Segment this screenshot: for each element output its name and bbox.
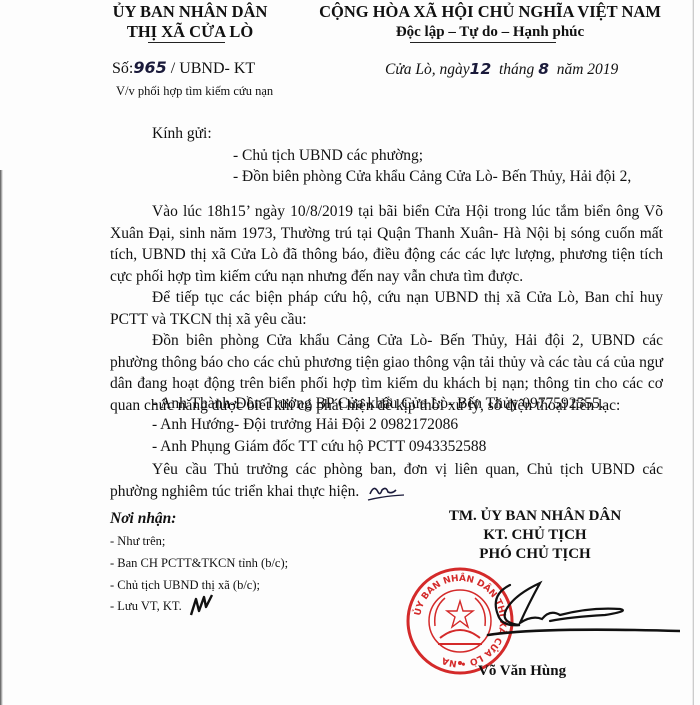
body-paragraph: Vào lúc 18h15’ ngày 10/8/2019 tại bãi bi… xyxy=(110,201,663,287)
national-header: CỘNG HÒA XÃ HỘI CHỦ NGHĨA VIỆT NAM Độc l… xyxy=(300,2,680,42)
date-line: Cửa Lò, ngày12 tháng 8 năm 2019 xyxy=(385,60,618,79)
handwritten-number: 965 xyxy=(133,58,166,77)
national-title: CỘNG HÒA XÃ HỘI CHỦ NGHĨA VIỆT NAM xyxy=(300,2,680,22)
issuer-line1: ỦY BAN NHÂN DÂN xyxy=(95,2,285,22)
recipients-item: - Ban CH PCTT&TKCN tỉnh (b/c); xyxy=(110,556,288,571)
recipients-title: Nơi nhận: xyxy=(110,510,176,528)
contact-item: - Anh Thành-Đồn Trưởng BP Cửa khẩu Cửa L… xyxy=(152,395,604,413)
scan-edge-right xyxy=(692,0,694,705)
handwritten-month: 8 xyxy=(538,60,549,78)
recipient-item: - Chủ tịch UBND các phường; xyxy=(233,145,423,167)
signature-block: TM. ỦY BAN NHÂN DÂN KT. CHỦ TỊCH PHÓ CHỦ… xyxy=(420,507,650,564)
contact-item: - Anh Hướng- Đội trưởng Hải Đội 2 098217… xyxy=(152,416,458,434)
recipients-item: - Chủ tịch UBND thị xã (b/c); xyxy=(110,578,260,593)
recipients-item: - Lưu VT, KT. xyxy=(110,599,182,614)
signature-line3: PHÓ CHỦ TỊCH xyxy=(420,545,650,564)
handwritten-day: 12 xyxy=(470,60,492,78)
recipient-item: - Đồn biên phòng Cửa khẩu Cảng Cửa Lò- B… xyxy=(233,166,631,188)
document-number: Số:965 / UBND- KT xyxy=(112,58,255,78)
issuer-line2: THỊ XÃ CỬA LÒ xyxy=(95,22,285,42)
signature-line2: KT. CHỦ TỊCH xyxy=(420,526,650,545)
issuer-header: ỦY BAN NHÂN DÂN THỊ XÃ CỬA LÒ xyxy=(95,2,285,42)
national-motto: Độc lập – Tự do – Hạnh phúc xyxy=(300,22,680,42)
document-page: ỦY BAN NHÂN DÂN THỊ XÃ CỬA LÒ Số:965 / U… xyxy=(0,0,700,705)
recipients-item: - Như trên; xyxy=(110,534,165,549)
issuer-underline xyxy=(148,42,225,43)
handwritten-initials xyxy=(366,480,406,502)
contact-item: - Anh Phụng Giám đốc TT cứu hộ PCTT 0943… xyxy=(152,438,486,456)
scan-edge-left xyxy=(0,170,3,705)
body-paragraph: Để tiếp tục các biện pháp cứu hộ, cứu nạ… xyxy=(110,287,663,330)
document-subject: V/v phối hợp tìm kiếm cứu nạn xyxy=(116,84,273,99)
handwritten-initials xyxy=(188,593,214,617)
motto-underline xyxy=(410,42,556,43)
signer-name: Võ Văn Hùng xyxy=(478,663,566,680)
salutation-label: Kính gửi: xyxy=(152,123,212,145)
handwritten-signature xyxy=(480,575,680,645)
signature-line1: TM. ỦY BAN NHÂN DÂN xyxy=(420,507,650,526)
